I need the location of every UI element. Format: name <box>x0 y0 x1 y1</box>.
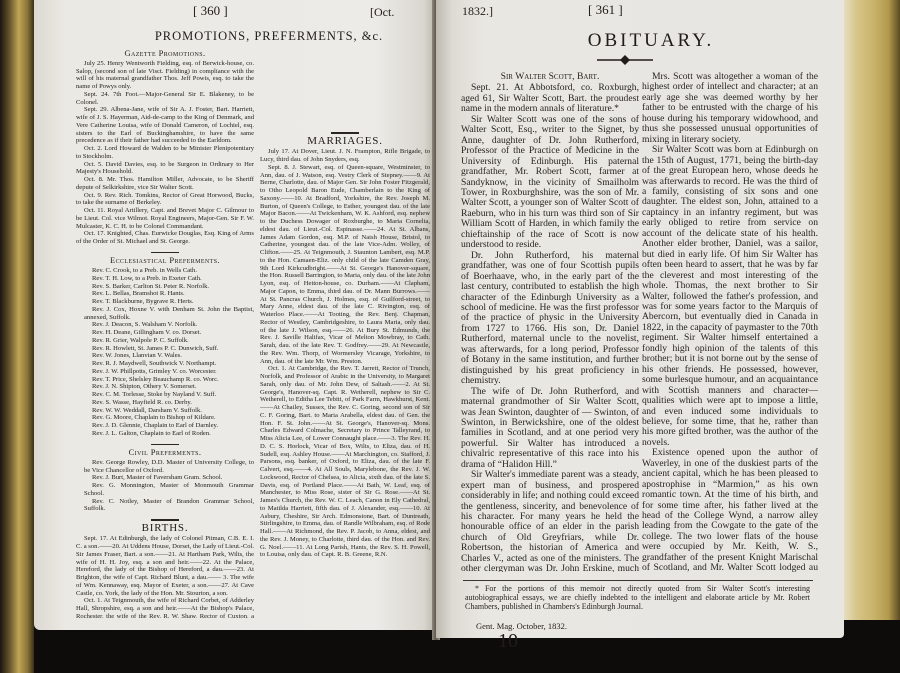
ecclesiastical-entry: Rev. J. D. Glennie, Chaplain to Earl of … <box>76 422 254 430</box>
civil-preferments-heading: Civil Preferments. <box>76 449 254 457</box>
left-column-2: MARRIAGES. July 17. At Dover, Lieut. J. … <box>260 48 430 618</box>
footnote-rule <box>463 580 813 581</box>
marriages-paragraph: Oct. 1. At Cambridge, the Rev. T. Jarret… <box>260 365 430 559</box>
ecclesiastical-entry: Rev. S. Wasse, Hayfield R. co. Derby. <box>76 399 254 407</box>
right-page-number: [ 361 ] <box>588 2 623 18</box>
obituary-paragraph: Sir Walter's immediate parent was a stea… <box>461 470 639 572</box>
section-divider <box>151 252 179 254</box>
marriages-heading: MARRIAGES. <box>260 138 430 146</box>
ecclesiastical-entry: Rev. J. Deacon, S. Walsham V. Norfolk. <box>76 321 254 329</box>
obituary-paragraph: Mrs. Scott was altogether a woman of the… <box>642 72 818 145</box>
section-divider <box>151 519 179 521</box>
section-divider <box>331 132 359 134</box>
ecclesiastical-entry: Rev. T. H. Low, to a Preb. in Exeter Cat… <box>76 275 254 283</box>
gazette-entry: Oct. 17. Knighted, Chas. Eurwicke Dougla… <box>76 230 254 246</box>
civil-entry: Rev. J. Burt, Master of Faversham Gram. … <box>76 474 254 482</box>
civil-entry: Rev. C. Notley, Master of Brandon Gramma… <box>76 498 254 514</box>
births-paragraph: Oct. 1. At Teignmouth, the wife of Richa… <box>76 597 254 618</box>
right-page-title: OBITUARY. <box>536 30 766 52</box>
gazette-promotions-heading: Gazette Promotions. <box>76 50 254 58</box>
obituary-paragraph: Sir Walter Scott was one of the sons of … <box>461 115 639 251</box>
ecclesiastical-entry: Rev. R. Howlett, St. James P. C. Dunwich… <box>76 345 254 353</box>
gazette-entry: Oct. 11. Royal Artillery, Capt. and Brev… <box>76 207 254 230</box>
obituary-column-1: Sir Walter Scott, Bart. Sept. 21. At Abb… <box>461 72 639 572</box>
civil-preferments-list: Rev. George Rowley, D.D. Master of Unive… <box>76 459 254 513</box>
ecclesiastical-entry: Rev. C. Crook, to a Preb. in Wells Cath. <box>76 267 254 275</box>
ecclesiastical-entry: Rev. W. Jones, Llanvian V. Wales. <box>76 352 254 360</box>
footnote-text: * For the portions of this memoir not di… <box>465 584 810 611</box>
gazette-entry: July 25. Henry Wentworth Fielding, esq. … <box>76 60 254 91</box>
ecclesiastical-entry: Rev. J. L. Galton, Chaplain to Earl of R… <box>76 430 254 438</box>
obituary-paragraph: Sir Walter Scott was born at Edinburgh o… <box>642 145 818 448</box>
left-running-head: [Oct. <box>370 5 394 20</box>
ecclesiastical-entry: Rev. R. J. Maydwell, Southwick V. Northa… <box>76 360 254 368</box>
ecclesiastical-entry: Rev. S. Barker, Carlton St. Peter R. Nor… <box>76 283 254 291</box>
civil-entry: Rev. G. Monnington, Master of Monmouth G… <box>76 482 254 498</box>
gazette-promotions-list: July 25. Henry Wentworth Fielding, esq. … <box>76 60 254 246</box>
book-edge-left <box>0 0 34 673</box>
ecclesiastical-preferments-heading: Ecclesiastical Preferments. <box>76 257 254 265</box>
obituary-subject-heading: Sir Walter Scott, Bart. <box>461 72 639 82</box>
ecclesiastical-entry: Rev. J. Cox, Hoxne V. with Denham St. Jo… <box>76 306 254 322</box>
births-heading: BIRTHS. <box>76 525 254 533</box>
obituary-paragraph: The wife of Dr. John Rutherford, and mat… <box>461 387 639 471</box>
signature-number: 10 <box>498 630 518 653</box>
right-running-head: 1832.] <box>462 4 493 19</box>
obituary-paragraph: Sept. 21. At Abbotsford, co. Roxburgh, a… <box>461 83 639 114</box>
ecclesiastical-entry: Rev. G. Moore, Chaplain to Bishop of Kil… <box>76 414 254 422</box>
obituary-paragraph: Existence opened upon the author of Wave… <box>642 448 818 572</box>
book-edge-right <box>842 0 900 620</box>
marriages-paragraph: Sept. 8. J. Stewart, esq. of Queen-squar… <box>260 164 430 366</box>
section-divider <box>151 444 179 446</box>
gazette-entry: Sept. 24. 7th Foot.—Major-General Sir E.… <box>76 91 254 107</box>
gazette-entry: Oct. 2. Lord Howard de Walden to be Mini… <box>76 145 254 161</box>
left-page: [ 360 ] [Oct. PROMOTIONS, PREFERMENTS, &… <box>34 0 436 630</box>
left-column-1: Gazette Promotions. July 25. Henry Wentw… <box>76 48 254 618</box>
gazette-entry: Sept. 29. Albena-Jane, wife of Sir A. J.… <box>76 106 254 145</box>
ecclesiastical-entry: Rev. W. W. Weddall, Darsham V. Suffolk. <box>76 407 254 415</box>
births-continuation-space <box>260 48 430 126</box>
ecclesiastical-entry: Rev. L. Bellas, Bramshot R. Hants. <box>76 290 254 298</box>
ecclesiastical-entry: Rev. H. Deane, Gillingham V. co. Dorset. <box>76 329 254 337</box>
ecclesiastical-preferments-list: Rev. C. Crook, to a Preb. in Wells Cath.… <box>76 267 254 438</box>
ecclesiastical-entry: Rev. C. M. Torlesse, Stoke by Nayland V.… <box>76 391 254 399</box>
ornament-diamond-rule-icon <box>597 54 653 66</box>
obituary-column-2: Mrs. Scott was altogether a woman of the… <box>642 72 818 572</box>
ecclesiastical-entry: Rev. J. N. Shipton, Othery V. Somerset. <box>76 383 254 391</box>
left-page-number: [ 360 ] <box>193 3 228 19</box>
gazette-entry: Oct. 9. Rev. Rich. Tomkins, Rector of Gr… <box>76 192 254 208</box>
civil-entry: Rev. George Rowley, D.D. Master of Unive… <box>76 459 254 475</box>
ecclesiastical-entry: Rev. J. W. Phillpotts, Grimley V. co. Wo… <box>76 368 254 376</box>
obituary-paragraph: Dr. John Rutherford, his maternal grandf… <box>461 251 639 387</box>
ecclesiastical-entry: Rev. T. Price, Shelsley Beauchamp R. co.… <box>76 376 254 384</box>
left-page-title: PROMOTIONS, PREFERMENTS, &c. <box>104 29 434 44</box>
marriages-paragraph: July 17. At Dover, Lieut. J. N. Frampton… <box>260 148 430 164</box>
gazette-entry: Oct. 8. Mr. Thos. Hamilton Miller, Advoc… <box>76 176 254 192</box>
births-paragraph: Sept. 17. At Edinburgh, the lady of Colo… <box>76 535 254 597</box>
gazette-entry: Oct. 5. David Davies, esq. to be Surgeon… <box>76 161 254 177</box>
signature-line: Gent. Mag. October, 1832. <box>476 621 567 631</box>
ecclesiastical-entry: Rev. T. Blackburne, Bygrave R. Herts. <box>76 298 254 306</box>
footnote: * For the portions of this memoir not di… <box>465 584 810 611</box>
ecclesiastical-entry: Rev. R. Grier, Walpole P. C. Suffolk. <box>76 337 254 345</box>
